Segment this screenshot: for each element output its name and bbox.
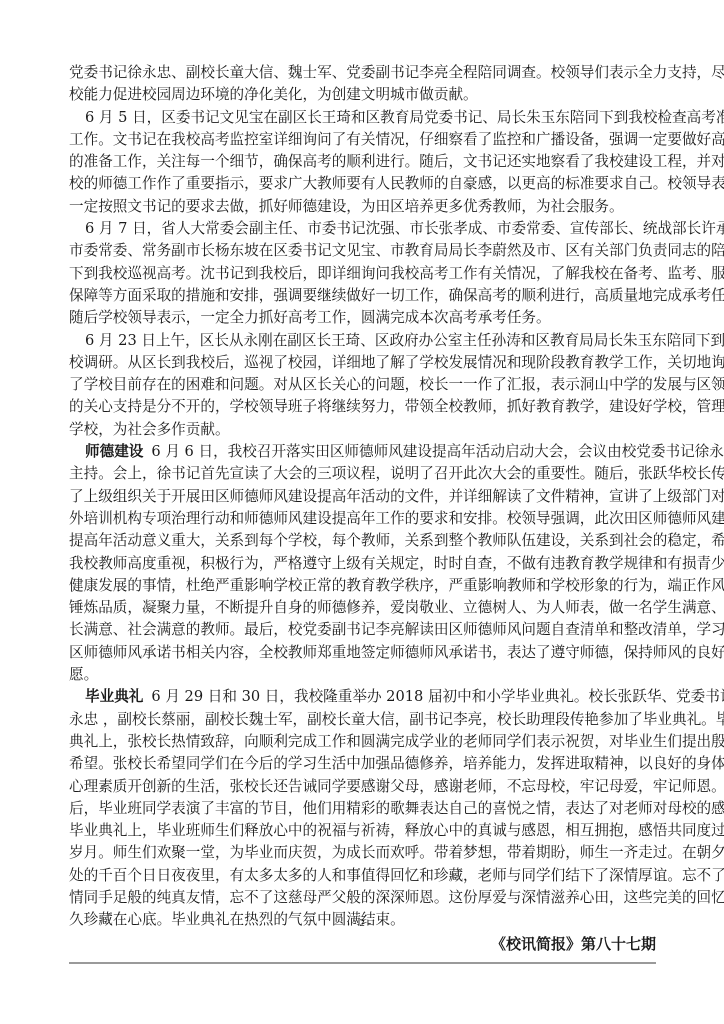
text-line: 我校教师高度重视，积极行为，严格遵守上级有关规定，时时自查，不做有违教育教学规律… xyxy=(69,553,656,575)
paragraph: 6 月 23 日上午，区长从永刚在副区长王琦、区政府办公室主任孙涛和区教育局局长… xyxy=(69,330,656,441)
text-line: 党委书记徐永忠、副校长童大信、魏士军、党委副书记李亮全程陪同调查。校领导们表示全… xyxy=(69,62,656,84)
text-line: 毕业典礼6 月 29 日和 30 日，我校隆重举办 2018 届初中和小学毕业典… xyxy=(69,686,656,708)
line-text: 愿。 xyxy=(69,666,98,683)
text-line: 主持。会上，徐书记首先宣读了大会的三项议程，说明了召开此次大会的重要性。随后，张… xyxy=(69,463,656,485)
line-text: 保障等方面采取的措施和安排，强调要继续做好一切工作，确保高考的顺利进行，高质量地… xyxy=(69,287,724,304)
text-line: 外培训机构专项治理行动和师德师风建设提高年工作的要求和安排。校领导强调，此次田区… xyxy=(69,508,656,530)
text-line: 6 月 7 日，省人大常委会副主任、市委书记沈强、市长张孝成、市委常委、宣传部长… xyxy=(69,218,656,240)
text-line: 工作。文书记在我校高考监控室详细询问了有关情况，仔细察看了监控和广播设备，强调一… xyxy=(69,129,656,151)
line-text: 健康发展的事情，杜绝严重影响学校正常的教育教学秩序，严重影响教师和学校形象的行为… xyxy=(69,577,724,594)
text-line: 随后学校领导表示，一定全力抓好高考工作，圆满完成本次高考承考任务。 xyxy=(69,307,656,329)
text-line: 永忠 ，副校长蔡丽，副校长魏士军，副校长童大信，副书记李亮，校长助理段传艳参加了… xyxy=(69,709,656,731)
text-line: 毕业典礼上，毕业班师生们释放心中的祝福与祈祷，释放心中的真诚与感恩，相互拥抱，感… xyxy=(69,820,656,842)
line-text: 主持。会上，徐书记首先宣读了大会的三项议程，说明了召开此次大会的重要性。随后，张… xyxy=(69,465,724,482)
text-line: 了学校目前存在的困难和问题。对从区长关心的问题，校长一一作了汇报，表示洞山中学的… xyxy=(69,374,656,396)
section-heading: 师德建设 xyxy=(85,443,143,460)
line-text: 党委书记徐永忠、副校长童大信、魏士军、党委副书记李亮全程陪同调查。校领导们表示全… xyxy=(69,64,724,81)
line-text: 提高年活动意义重大，关系到每个学校，每个教师，关系到整个教师队伍建设，关系到社会… xyxy=(69,532,724,549)
line-text: 6 月 23 日上午，区长从永刚在副区长王琦、区政府办公室主任孙涛和区教育局局长… xyxy=(85,332,724,349)
line-text: 心理素质开创新的生活，张校长还告诫同学要感谢父母，感谢老师，不忘母校，牢记母爱，… xyxy=(69,778,724,795)
line-text: 6 月 29 日和 30 日，我校隆重举办 2018 届初中和小学毕业典礼。校长… xyxy=(151,688,724,705)
line-text: 的准备工作，关注每一个细节，确保高考的顺利进行。随后，文书记还实地察看了我校建设… xyxy=(69,153,724,170)
line-text: 情同手足般的纯真友情，忘不了这慈母严父般的深深师恩。这份厚爱与深情滋养心田，这些… xyxy=(69,889,724,906)
text-line: 长满意、社会满意的教师。最后，校党委副书记李亮解读田区师德师风问题自查清单和整改… xyxy=(69,619,656,641)
line-text: 校调研。从区长到我校后，巡视了校园，详细地了解了学校发展情况和现阶段教育教学工作… xyxy=(69,354,724,371)
text-line: 希望。张校长希望同学们在今后的学习生活中加强品德修养，培养能力，发挥进取精神，以… xyxy=(69,753,656,775)
text-line: 的准备工作，关注每一个细节，确保高考的顺利进行。随后，文书记还实地察看了我校建设… xyxy=(69,151,656,173)
text-line: 典礼上，张校长热情致辞，向顺利完成工作和圆满完成学业的老师同学们表示祝贺，对毕业… xyxy=(69,731,656,753)
line-text: 校能力促进校园周边环境的净化美化，为创建文明城市做贡献。 xyxy=(69,86,478,103)
publication-issue: 《校讯简报》第八十七期 xyxy=(491,933,656,954)
text-line: 锤炼品质，凝聚力量，不断提升自身的师德修养，爱岗敬业、立德树人、为人师表，做一名… xyxy=(69,597,656,619)
line-text: 下到我校巡视高考。沈书记到我校后，即详细询问我校高考工作有关情况，了解我校在备考… xyxy=(69,265,724,282)
page-number: - 2 - xyxy=(0,917,724,929)
paragraph: 毕业典礼6 月 29 日和 30 日，我校隆重举办 2018 届初中和小学毕业典… xyxy=(69,686,656,931)
line-text: 毕业典礼上，毕业班师生们释放心中的祝福与祈祷，释放心中的真诚与感恩，相互拥抱，感… xyxy=(69,822,724,839)
paragraph: 党委书记徐永忠、副校长童大信、魏士军、党委副书记李亮全程陪同调查。校领导们表示全… xyxy=(69,62,656,107)
document-body: 党委书记徐永忠、副校长童大信、魏士军、党委副书记李亮全程陪同调查。校领导们表示全… xyxy=(69,62,656,932)
line-text: 一定按照文书记的要求去做，抓好师德建设，为田区培养更多优秀教师，为社会服务。 xyxy=(69,198,624,215)
paragraph: 师德建设6 月 6 日，我校召开落实田区师德师风建设提高年活动启动大会，会议由校… xyxy=(69,441,656,686)
text-line: 后，毕业班同学表演了丰富的节目，他们用精彩的歌舞表达自己的喜悦之情，表达了对老师… xyxy=(69,798,656,820)
text-line: 一定按照文书记的要求去做，抓好师德建设，为田区培养更多优秀教师，为社会服务。 xyxy=(69,196,656,218)
line-text: 随后学校领导表示，一定全力抓好高考工作，圆满完成本次高考承考任务。 xyxy=(69,309,551,326)
line-text: 永忠 ，副校长蔡丽，副校长魏士军，副校长童大信，副书记李亮，校长助理段传艳参加了… xyxy=(69,711,724,728)
paragraph: 6 月 5 日，区委书记文见宝在副区长王琦和区教育局党委书记、局长朱玉东陪同下到… xyxy=(69,107,656,218)
text-line: 校调研。从区长到我校后，巡视了校园，详细地了解了学校发展情况和现阶段教育教学工作… xyxy=(69,352,656,374)
line-text: 希望。张校长希望同学们在今后的学习生活中加强品德修养，培养能力，发挥进取精神，以… xyxy=(69,755,724,772)
paragraph: 6 月 7 日，省人大常委会副主任、市委书记沈强、市长张孝成、市委常委、宣传部长… xyxy=(69,218,656,329)
text-line: 健康发展的事情，杜绝严重影响学校正常的教育教学秩序，严重影响教师和学校形象的行为… xyxy=(69,575,656,597)
line-text: 锤炼品质，凝聚力量，不断提升自身的师德修养，爱岗敬业、立德树人、为人师表，做一名… xyxy=(69,599,724,616)
line-text: 市委常委、常务副市长杨东坡在区委书记文见宝、市教育局局长李蔚然及市、区有关部门负… xyxy=(69,242,724,259)
line-text: 工作。文书记在我校高考监控室详细询问了有关情况，仔细察看了监控和广播设备，强调一… xyxy=(69,131,724,148)
text-line: 市委常委、常务副市长杨东坡在区委书记文见宝、市教育局局长李蔚然及市、区有关部门负… xyxy=(69,240,656,262)
text-line: 的关心支持是分不开的，学校领导班子将继续努力，带领全校教师，抓好教育教学，建设好… xyxy=(69,396,656,418)
line-text: 外培训机构专项治理行动和师德师风建设提高年工作的要求和安排。校领导强调，此次田区… xyxy=(69,510,724,527)
line-text: 处的千百个日日夜夜里，有太多太多的人和事值得回忆和珍藏，老师与同学们结下了深情厚… xyxy=(69,867,724,884)
section-heading: 毕业典礼 xyxy=(85,688,143,705)
footer-rule xyxy=(69,962,656,964)
text-line: 区师德师风承诺书相关内容，全校教师郑重地签定师德师风承诺书，表达了遵守师德，保持… xyxy=(69,642,656,664)
line-text: 典礼上，张校长热情致辞，向顺利完成工作和圆满完成学业的老师同学们表示祝贺，对毕业… xyxy=(69,733,724,750)
line-text: 岁月。师生们欢聚一堂，为毕业而庆贺，为成长而欢呼。带着梦想，带着期盼，师生一齐走… xyxy=(69,844,724,861)
text-line: 6 月 5 日，区委书记文见宝在副区长王琦和区教育局党委书记、局长朱玉东陪同下到… xyxy=(69,107,656,129)
text-line: 愿。 xyxy=(69,664,656,686)
line-text: 长满意、社会满意的教师。最后，校党委副书记李亮解读田区师德师风问题自查清单和整改… xyxy=(69,621,724,638)
line-text: 我校教师高度重视，积极行为，严格遵守上级有关规定，时时自查，不做有违教育教学规律… xyxy=(69,555,724,572)
line-text: 后，毕业班同学表演了丰富的节目，他们用精彩的歌舞表达自己的喜悦之情，表达了对老师… xyxy=(69,800,724,817)
line-text: 6 月 7 日，省人大常委会副主任、市委书记沈强、市长张孝成、市委常委、宣传部长… xyxy=(85,220,724,237)
line-text: 区师德师风承诺书相关内容，全校教师郑重地签定师德师风承诺书，表达了遵守师德，保持… xyxy=(69,644,724,661)
document-page: 党委书记徐永忠、副校长童大信、魏士军、党委副书记李亮全程陪同调查。校领导们表示全… xyxy=(0,0,724,1024)
line-text: 学校，为社会多作贡献。 xyxy=(69,421,230,438)
text-line: 了上级组织关于开展田区师德师风建设提高年活动的文件，并详细解读了文件精神，宣讲了… xyxy=(69,486,656,508)
text-line: 保障等方面采取的措施和安排，强调要继续做好一切工作，确保高考的顺利进行，高质量地… xyxy=(69,285,656,307)
line-text: 6 月 5 日，区委书记文见宝在副区长王琦和区教育局党委书记、局长朱玉东陪同下到… xyxy=(85,109,724,126)
text-line: 6 月 23 日上午，区长从永刚在副区长王琦、区政府办公室主任孙涛和区教育局局长… xyxy=(69,330,656,352)
text-line: 岁月。师生们欢聚一堂，为毕业而庆贺，为成长而欢呼。带着梦想，带着期盼，师生一齐走… xyxy=(69,842,656,864)
text-line: 下到我校巡视高考。沈书记到我校后，即详细询问我校高考工作有关情况，了解我校在备考… xyxy=(69,263,656,285)
text-line: 校能力促进校园周边环境的净化美化，为创建文明城市做贡献。 xyxy=(69,84,656,106)
line-text: 的关心支持是分不开的，学校领导班子将继续努力，带领全校教师，抓好教育教学，建设好… xyxy=(69,398,724,415)
line-text: 6 月 6 日，我校召开落实田区师德师风建设提高年活动启动大会，会议由校党委书记… xyxy=(151,443,724,460)
text-line: 情同手足般的纯真友情，忘不了这慈母严父般的深深师恩。这份厚爱与深情滋养心田，这些… xyxy=(69,887,656,909)
line-text: 校的师德工作作了重要指示，要求广大教师要有人民教师的自豪感，以更高的标准要求自己… xyxy=(69,175,724,192)
line-text: 了上级组织关于开展田区师德师风建设提高年活动的文件，并详细解读了文件精神，宣讲了… xyxy=(69,488,724,505)
text-line: 师德建设6 月 6 日，我校召开落实田区师德师风建设提高年活动启动大会，会议由校… xyxy=(69,441,656,463)
text-line: 学校，为社会多作贡献。 xyxy=(69,419,656,441)
text-line: 校的师德工作作了重要指示，要求广大教师要有人民教师的自豪感，以更高的标准要求自己… xyxy=(69,173,656,195)
text-line: 提高年活动意义重大，关系到每个学校，每个教师，关系到整个教师队伍建设，关系到社会… xyxy=(69,530,656,552)
text-line: 心理素质开创新的生活，张校长还告诫同学要感谢父母，感谢老师，不忘母校，牢记母爱，… xyxy=(69,776,656,798)
line-text: 了学校目前存在的困难和问题。对从区长关心的问题，校长一一作了汇报，表示洞山中学的… xyxy=(69,376,724,393)
text-line: 处的千百个日日夜夜里，有太多太多的人和事值得回忆和珍藏，老师与同学们结下了深情厚… xyxy=(69,865,656,887)
